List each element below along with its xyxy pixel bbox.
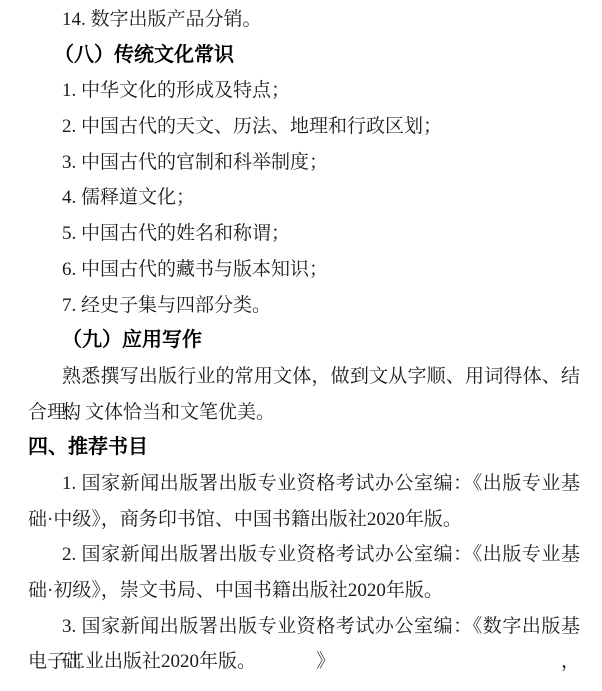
book-entry-1-line-2: 础·中级》，商务印书馆、中国书籍出版社2020年版。 bbox=[28, 502, 580, 538]
list-item-culture-2: 2. 中国古代的天文、历法、地理和行政区划； bbox=[28, 109, 580, 145]
document-page: 14. 数字出版产品分销。 （八）传统文化常识 1. 中华文化的形成及特点； 2… bbox=[0, 0, 602, 691]
book-entry-3-line-1: 3. 国家新闻出版署出版专业资格考试办公室编：《数字出版基础》， bbox=[28, 609, 580, 645]
section-heading-applied-writing: （九）应用写作 bbox=[28, 323, 580, 359]
list-item-culture-7: 7. 经史子集与四部分类。 bbox=[28, 288, 580, 324]
list-item-culture-4: 4. 儒释道文化； bbox=[28, 180, 580, 216]
book-entry-1-line-1: 1. 国家新闻出版署出版专业资格考试办公室编：《出版专业基 bbox=[28, 466, 580, 502]
book-entry-2-line-1: 2. 国家新闻出版署出版专业资格考试办公室编：《出版专业基 bbox=[28, 537, 580, 573]
book-entry-2-line-2: 础·初级》，崇文书局、中国书籍出版社2020年版。 bbox=[28, 573, 580, 609]
list-item-culture-6: 6. 中国古代的藏书与版本知识； bbox=[28, 252, 580, 288]
list-item-culture-5: 5. 中国古代的姓名和称谓； bbox=[28, 216, 580, 252]
section-heading-recommended-books: 四、推荐书目 bbox=[28, 430, 580, 466]
list-item-culture-3: 3. 中国古代的官制和科举制度； bbox=[28, 145, 580, 181]
paragraph-line-applied-writing-1: 熟悉撰写出版行业的常用文体，做到文从字顺、用词得体、结构 bbox=[28, 359, 580, 395]
paragraph-line-applied-writing-2: 合理、文体恰当和文笔优美。 bbox=[28, 395, 580, 431]
section-heading-traditional-culture: （八）传统文化常识 bbox=[28, 38, 580, 74]
list-item-14: 14. 数字出版产品分销。 bbox=[28, 2, 580, 38]
list-item-culture-1: 1. 中华文化的形成及特点； bbox=[28, 73, 580, 109]
